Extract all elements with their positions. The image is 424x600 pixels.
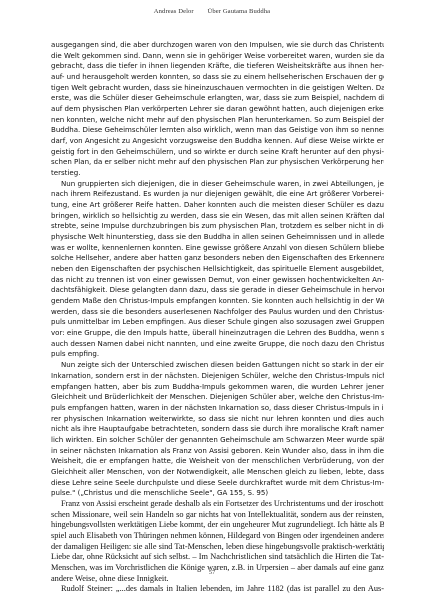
text-line: bringen, wirklich so hellsichtig zu werd… [51, 211, 384, 222]
text-line: puls empfing. [51, 349, 384, 360]
text-line: rer physischen Inkarnation weiterwirkte,… [51, 414, 384, 425]
text-line: puls unmittelbar im Leben empfingen. Aus… [51, 317, 384, 328]
header-author: Andreas Delor [154, 8, 194, 15]
text-line: pulse." („Christus und die menschliche S… [51, 488, 384, 499]
text-line: gebracht, dass die tiefer in ihnen liege… [51, 61, 384, 72]
text-line: werden, dass sie die besonders auserlese… [51, 307, 384, 318]
text-line: schen Missionare, weil sein Handeln so g… [51, 510, 384, 521]
text-line: vor: eine Gruppe, die den Impuls hatte, … [51, 328, 384, 339]
text-line: Liebe dar, ohne Rücksicht auf sich selbs… [51, 552, 384, 563]
text-line: Weisheit, die er empfangen hatte, die We… [51, 456, 384, 467]
text-line: Nun gruppierten sich diejenigen, die in … [51, 179, 384, 190]
text-line: Gleichheit und Brüderlichkeit der Mensch… [51, 392, 384, 403]
text-line: Gleichheit aller Menschen, von der Notwe… [51, 467, 384, 478]
text-line: schen Plan, da er selber nicht mehr auf … [51, 157, 384, 168]
text-line: auf- und herausgeholt werden konnten, so… [51, 72, 384, 83]
text-line: erste, was die Schüler dieser Geheimschu… [51, 93, 384, 104]
text-line: auf dem physischen Plan verkörperten Leh… [51, 104, 384, 115]
text-line: das nicht zu trennen ist von einer gewis… [51, 275, 384, 286]
text-line: gendem Maße den Christus-Impuls empfange… [51, 296, 384, 307]
text-line: terstieg. [51, 168, 384, 179]
text-line: Rudolf Steiner: „...des damals in Italie… [51, 584, 384, 595]
text-line: die Welt gekommen sind. Dann, wenn sie i… [51, 51, 384, 62]
text-line: auch dessen Namen dabei nicht nannten, u… [51, 339, 384, 350]
text-line: nicht als ihre Hauptaufgabe betrachteten… [51, 424, 384, 435]
text-line: tigen Welt gebracht wurden, dass sie hin… [51, 83, 384, 94]
text-line: puls empfangen hatten, waren in der näch… [51, 403, 384, 414]
page-body: ausgegangen sind, die aber durchzogen wa… [51, 40, 384, 595]
text-line: Buddha. Diese Geheimschüler lernten also… [51, 125, 384, 136]
text-line: hingebungsvollsten werktätigen Liebe kom… [51, 520, 384, 531]
text-line: neben den Eigenschaften der psychischen … [51, 264, 384, 275]
text-line: was er wollte, kennenlernen konnten. Ein… [51, 243, 384, 254]
text-line: physische Welt hinunterstieg, dass sie d… [51, 232, 384, 243]
text-line: nach ihrem Reifezustand. Es wurden ja nu… [51, 189, 384, 200]
text-line: Franz von Assisi erscheint gerade deshal… [51, 499, 384, 510]
text-line: in seiner nächsten Inkarnation als Franz… [51, 446, 384, 457]
header-title: Über Gautama Buddha [207, 8, 270, 15]
text-line: empfangen hatten, aber bis zum Buddha-Im… [51, 382, 384, 393]
text-line: ausgegangen sind, die aber durchzogen wa… [51, 40, 384, 51]
text-line: spiel auch Elisabeth von Thüringen nehme… [51, 531, 384, 542]
running-header: Andreas Delor Über Gautama Buddha [0, 8, 424, 15]
text-line: solche Hellseher, andere aber hatten gan… [51, 253, 384, 264]
text-line: darf, von Angesicht zu Angesicht vorzugs… [51, 136, 384, 147]
text-line: nen konnten, welche nicht mehr auf den p… [51, 115, 384, 126]
text-line: der damaligen Heiligen: sie alle sind Ta… [51, 542, 384, 553]
text-line: lich wirkten. Ein solcher Schüler der ge… [51, 435, 384, 446]
text-line: strebte, seine Impulse durchzubringen bi… [51, 221, 384, 232]
text-line: tung, eine Art größerer Reife hatten. Da… [51, 200, 384, 211]
text-line: dachtsfähigkeit. Diese gelangten dann da… [51, 285, 384, 296]
text-line: Inkarnation, sondern erst in der nächste… [51, 371, 384, 382]
text-line: geistig fort in den Geheimschülern, und … [51, 147, 384, 158]
text-line: diese Lehre seine Seele durchpulste und … [51, 478, 384, 489]
text-line: Nun zeigte sich der Unterschied zwischen… [51, 360, 384, 371]
page-number: 57 [0, 569, 424, 576]
